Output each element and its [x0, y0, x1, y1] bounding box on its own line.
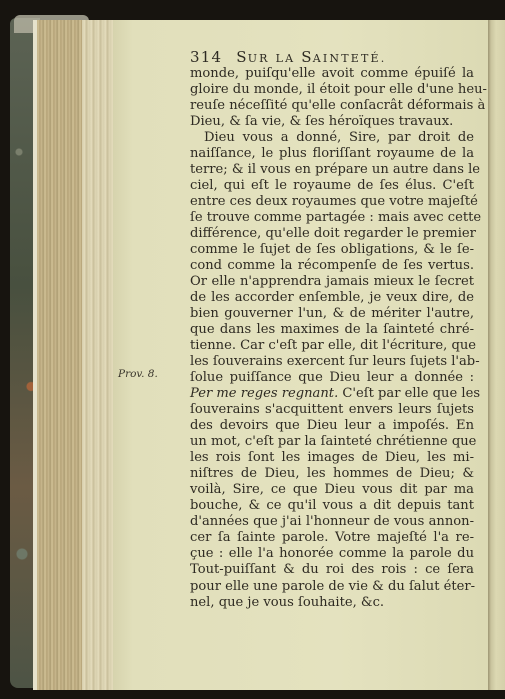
- facing-page-edge: [488, 20, 505, 690]
- text-line: ſouverains s'acquittent envers leurs ſuj…: [190, 402, 474, 418]
- text-line: naiſſance, le plus floriſſant royaume de…: [190, 146, 474, 162]
- text-line: Or elle n'apprendra jamais mieux le ſecr…: [190, 274, 474, 290]
- text-line: niſtres de Dieu, les hommes de Dieu; &: [190, 466, 474, 482]
- running-head: 314 SUR LA SAINTETÉ.: [190, 48, 386, 66]
- text-line: de les accorder enſemble, je veux dire, …: [190, 290, 474, 306]
- margin-citation: Prov. 8.: [118, 368, 158, 380]
- text-line: Dieu, & ſa vie, & ſes héroïques travaux.: [190, 114, 474, 130]
- text-line: cer ſa ſainte parole. Votre majeſté l'a …: [190, 530, 474, 546]
- text-line: pour elle une parole de vie & du ſalut é…: [190, 579, 474, 595]
- text-line: que dans les maximes de la ſainteté chré…: [190, 322, 474, 338]
- text-line: d'années que j'ai l'honneur de vous anno…: [190, 514, 474, 530]
- text-line: Dieu vous a donné, Sire, par droit de: [190, 130, 474, 146]
- endpaper-edge: [33, 20, 37, 690]
- text-line: tienne. Car c'eſt par elle, dit l'écritu…: [190, 338, 474, 354]
- text-line: nel, que je vous ſouhaite, &c.: [190, 595, 474, 611]
- text-line: Tout-puiſſant & du roi des rois : ce ſer…: [190, 562, 474, 578]
- body-text: monde, puiſqu'elle avoit comme épuiſé la…: [190, 66, 474, 611]
- text-line: voilà, Sire, ce que Dieu vous dit par ma: [190, 482, 474, 498]
- text-line: différence, qu'elle doit regarder le pre…: [190, 226, 474, 242]
- text-line: comme le ſujet de ſes obligations, & le …: [190, 242, 474, 258]
- text-line: reuſe néceſſité qu'elle conſacrât déform…: [190, 98, 474, 114]
- text-line: ſe trouve comme partagée : mais avec cet…: [190, 210, 474, 226]
- text-line: bien gouverner l'un, & de mériter l'autr…: [190, 306, 474, 322]
- text-line: ſolue puiſſance que Dieu leur a donnée :: [190, 370, 474, 386]
- text-line: entre ces deux royaumes que votre majeſt…: [190, 194, 474, 210]
- text-line: bouche, & ce qu'il vous a dit depuis tan…: [190, 498, 474, 514]
- text-line: gloire du monde, il étoit pour elle d'un…: [190, 82, 474, 98]
- text-line: ciel, qui eſt le royaume de ſes élus. C'…: [190, 178, 474, 194]
- text-line: cond comme la récompenſe de ſes vertus.: [190, 258, 474, 274]
- text-line: les rois ſont les images de Dieu, les mi…: [190, 450, 474, 466]
- page-number: 314: [190, 48, 222, 66]
- text-line: un mot, c'eſt par la ſainteté chrétienne…: [190, 434, 474, 450]
- text-line-with-quote: Per me reges regnant. C'eſt par elle que…: [190, 386, 474, 402]
- text-line: des devoirs que Dieu leur a impoſés. En: [190, 418, 474, 434]
- text-line: les ſouverains exercent ſur leurs ſujets…: [190, 354, 474, 370]
- latin-quotation: Per me reges regnant.: [190, 386, 338, 401]
- page-edges-inner: [82, 20, 116, 690]
- text-line: monde, puiſqu'elle avoit comme épuiſé la: [190, 66, 474, 82]
- text-line: terre; & il vous en prépare un autre dan…: [190, 162, 474, 178]
- text-line: çue : elle l'a honorée comme la parole d…: [190, 546, 474, 562]
